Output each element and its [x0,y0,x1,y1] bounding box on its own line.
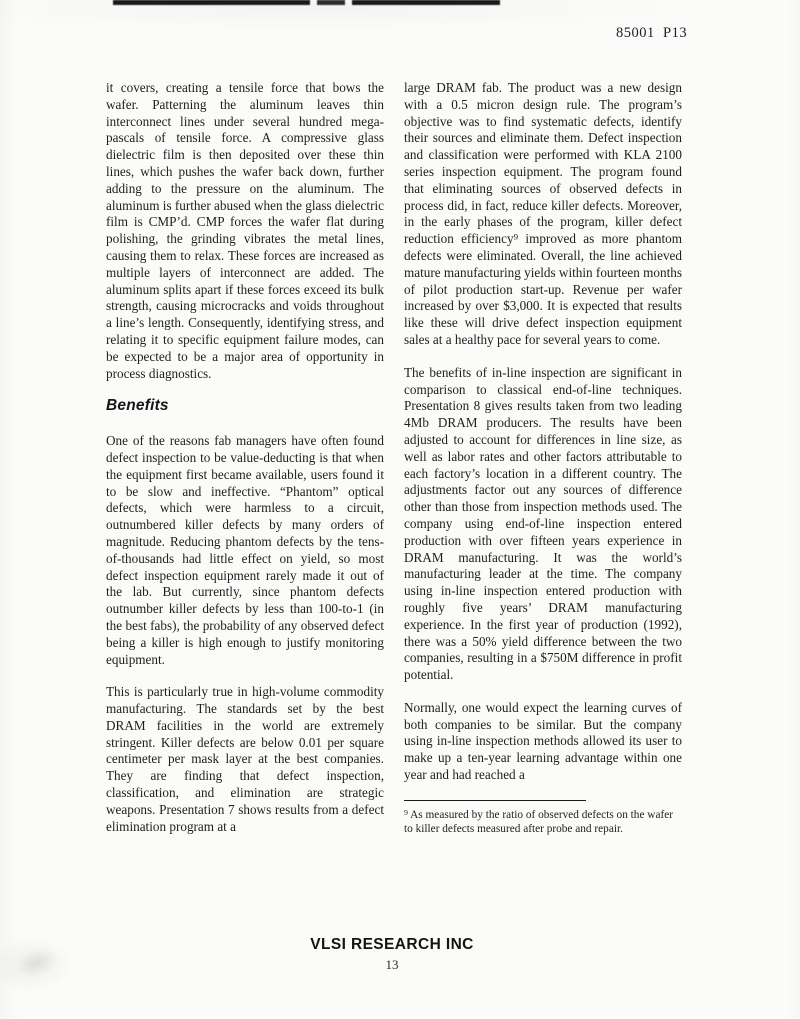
section-heading-benefits: Benefits [106,398,384,415]
body-paragraph: This is particularly true in high-volume… [106,684,384,835]
footnote-separator [404,800,586,801]
footer-company-name: VLSI RESEARCH INC [0,936,784,954]
body-paragraph: large DRAM fab. The product was a new de… [404,80,682,349]
page-number: 13 [0,957,784,973]
body-paragraph: One of the reasons fab managers have oft… [106,433,384,668]
scanned-document-page: 85001 P13 it covers, creating a tensile … [0,0,800,1019]
page-footer: VLSI RESEARCH INC 13 [0,936,784,973]
document-code: 85001 P13 [616,25,687,42]
footnote: ⁹ As measured by the ratio of observed d… [404,808,682,836]
body-paragraph: Normally, one would expect the learning … [404,700,682,784]
right-column: large DRAM fab. The product was a new de… [404,80,682,853]
body-paragraph: The benefits of in-line inspection are s… [404,365,682,684]
scan-artifact-segment [317,0,345,5]
scan-artifact-segment [113,0,310,5]
body-paragraph: it covers, creating a tensile force that… [106,80,384,382]
scan-artifact-segment [352,0,500,5]
left-column: it covers, creating a tensile force that… [106,80,384,851]
